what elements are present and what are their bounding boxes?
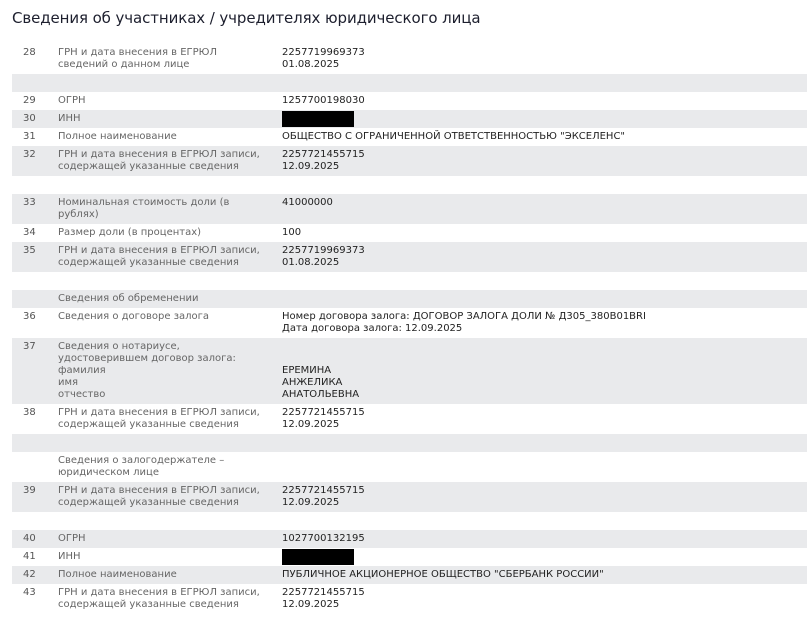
- page-title: Сведения об участниках / учредителях юри…: [12, 9, 480, 27]
- field-label: Полное наименование: [58, 569, 282, 581]
- row-number: 40: [12, 533, 58, 545]
- field-value: 2257721455715 12.09.2025: [282, 485, 807, 509]
- spacer-row: [12, 272, 807, 290]
- field-value: ОБЩЕСТВО С ОГРАНИЧЕННОЙ ОТВЕТСТВЕННОСТЬЮ…: [282, 131, 807, 143]
- field-value: 2257719969373 01.08.2025: [282, 245, 807, 269]
- table-row: 37Сведения о нотариусе, удостоверившем д…: [12, 338, 807, 404]
- field-label: Размер доли (в процентах): [58, 227, 282, 239]
- row-number: 36: [12, 311, 58, 323]
- spacer-row: [12, 512, 807, 530]
- field-value: 1027700132195: [282, 533, 807, 545]
- table-row: 36Сведения о договоре залогаНомер догово…: [12, 308, 807, 338]
- section-title: Сведения об обременении: [58, 293, 282, 305]
- table-row: 41ИНН: [12, 548, 807, 566]
- table-row: 39ГРН и дата внесения в ЕГРЮЛ записи, со…: [12, 482, 807, 512]
- row-number: 42: [12, 569, 58, 581]
- section-header-row: Сведения о залогодержателе – юридическом…: [12, 452, 807, 482]
- row-number: 41: [12, 551, 58, 563]
- row-number: 34: [12, 227, 58, 239]
- row-number: 37: [12, 341, 58, 353]
- spacer-row: [12, 176, 807, 194]
- redaction-block: [282, 111, 354, 127]
- row-number: 43: [12, 587, 58, 599]
- table-row: 43ГРН и дата внесения в ЕГРЮЛ записи, со…: [12, 584, 807, 614]
- table-row: 30ИНН: [12, 110, 807, 128]
- field-label: Сведения о договоре залога: [58, 311, 282, 323]
- field-value: ЕРЕМИНА АНЖЕЛИКА АНАТОЛЬЕВНА: [282, 341, 807, 401]
- participants-table: 28ГРН и дата внесения в ЕГРЮЛ сведений о…: [12, 44, 807, 614]
- table-row: 33Номинальная стоимость доли (в рублях)4…: [12, 194, 807, 224]
- field-value: 2257721455715 12.09.2025: [282, 587, 807, 611]
- field-value: 2257719969373 01.08.2025: [282, 47, 807, 71]
- field-label: ОГРН: [58, 95, 282, 107]
- spacer-row: [12, 74, 807, 92]
- field-label: ГРН и дата внесения в ЕГРЮЛ записи, соде…: [58, 245, 282, 269]
- redacted-value: [282, 551, 807, 569]
- table-row: 32ГРН и дата внесения в ЕГРЮЛ записи, со…: [12, 146, 807, 176]
- field-value: 1257700198030: [282, 95, 807, 107]
- section-title: Сведения о залогодержателе – юридическом…: [58, 455, 282, 479]
- field-value: 2257721455715 12.09.2025: [282, 407, 807, 431]
- table-row: 42Полное наименованиеПУБЛИЧНОЕ АКЦИОНЕРН…: [12, 566, 807, 584]
- row-number: 32: [12, 149, 58, 161]
- row-number: 31: [12, 131, 58, 143]
- field-label: ИНН: [58, 551, 282, 563]
- table-row: 31Полное наименованиеОБЩЕСТВО С ОГРАНИЧЕ…: [12, 128, 807, 146]
- spacer-row: [12, 434, 807, 452]
- field-value: 2257721455715 12.09.2025: [282, 149, 807, 173]
- row-number: 30: [12, 113, 58, 125]
- row-number: 35: [12, 245, 58, 257]
- field-label: ГРН и дата внесения в ЕГРЮЛ сведений о д…: [58, 47, 282, 71]
- field-label: ГРН и дата внесения в ЕГРЮЛ записи, соде…: [58, 587, 282, 611]
- table-row: 29ОГРН1257700198030: [12, 92, 807, 110]
- field-label: ОГРН: [58, 533, 282, 545]
- field-value: Номер договора залога: ДОГОВОР ЗАЛОГА ДО…: [282, 311, 807, 335]
- field-label: ГРН и дата внесения в ЕГРЮЛ записи, соде…: [58, 485, 282, 509]
- field-label: ИНН: [58, 113, 282, 125]
- redacted-value: [282, 113, 807, 131]
- field-value: ПУБЛИЧНОЕ АКЦИОНЕРНОЕ ОБЩЕСТВО "СБЕРБАНК…: [282, 569, 807, 581]
- table-row: 40ОГРН1027700132195: [12, 530, 807, 548]
- field-label: ГРН и дата внесения в ЕГРЮЛ записи, соде…: [58, 407, 282, 431]
- field-label: ГРН и дата внесения в ЕГРЮЛ записи, соде…: [58, 149, 282, 173]
- row-number: 39: [12, 485, 58, 497]
- redaction-block: [282, 549, 354, 565]
- field-label: Полное наименование: [58, 131, 282, 143]
- section-header-row: Сведения об обременении: [12, 290, 807, 308]
- field-label: Номинальная стоимость доли (в рублях): [58, 197, 282, 221]
- row-number: 33: [12, 197, 58, 209]
- field-label: Сведения о нотариусе, удостоверившем дог…: [58, 341, 282, 401]
- row-number: 38: [12, 407, 58, 419]
- field-value: 41000000: [282, 197, 807, 209]
- table-row: 34Размер доли (в процентах)100: [12, 224, 807, 242]
- field-value: 100: [282, 227, 807, 239]
- table-row: 35ГРН и дата внесения в ЕГРЮЛ записи, со…: [12, 242, 807, 272]
- table-row: 28ГРН и дата внесения в ЕГРЮЛ сведений о…: [12, 44, 807, 74]
- row-number: 28: [12, 47, 58, 59]
- row-number: 29: [12, 95, 58, 107]
- table-row: 38ГРН и дата внесения в ЕГРЮЛ записи, со…: [12, 404, 807, 434]
